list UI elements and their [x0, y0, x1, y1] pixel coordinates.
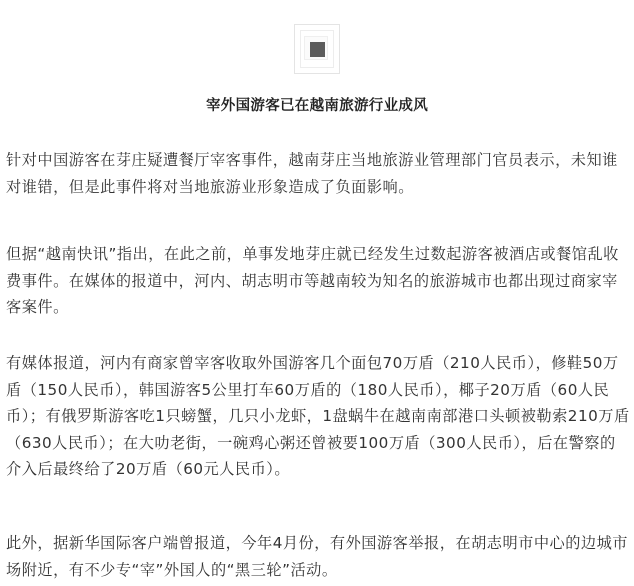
- image-placeholder-core: [310, 42, 325, 57]
- article-paragraph-4: 此外，据新华国际客户端曾报道，今年4月份，有外国游客举报，在胡志明市中心的边城市…: [6, 530, 630, 583]
- article-paragraph-3: 有媒体报道，河内有商家曾宰客收取外国游客几个面包70万盾（210人民币），修鞋5…: [6, 350, 630, 483]
- article-paragraph-1: 针对中国游客在芽庄疑遭餐厅宰客事件，越南芽庄当地旅游业管理部门官员表示，未知谁对…: [6, 147, 630, 200]
- article-title: 宰外国游客已在越南旅游行业成风: [0, 95, 634, 117]
- image-placeholder-icon: [294, 24, 340, 74]
- article-paragraph-2: 但据“越南快讯”指出，在此之前，单事发地芽庄就已经发生过数起游客被酒店或餐馆乱收…: [6, 241, 630, 321]
